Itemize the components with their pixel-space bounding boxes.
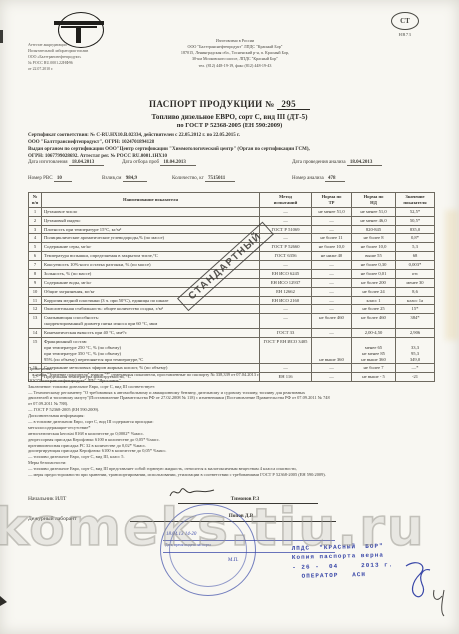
table-row: 1Цетановое число—не менее 51,0не менее 5…: [29, 207, 435, 216]
issue-datetime-line: [163, 540, 335, 541]
table-row: 13Смазывающая способность: скорректирова…: [29, 314, 435, 329]
field-date-made-value: 18.04.2013: [69, 160, 105, 166]
round-seal-stamp: [160, 504, 256, 596]
table-row: 15Фракционный состав: при температуре 25…: [29, 337, 435, 364]
field-level: Взлив,см 984,9: [102, 176, 147, 181]
scan-speck: [0, 596, 7, 606]
field-level-value: 984,9: [123, 176, 147, 182]
scan-tint-artifact: [445, 210, 459, 340]
table-row: 12Окислительная стабильность: общее коли…: [29, 305, 435, 314]
product-standard: по ГОСТ Р 52368-2005 (ЕН 590:2009): [0, 122, 459, 129]
table-row: 4Полициклические ароматические углеводор…: [29, 234, 435, 243]
note-line: — меры предосторожности при хранении, тр…: [28, 472, 436, 478]
field-date-sampled: Дата отбора проб 18.04.2013: [122, 160, 196, 165]
certificate-block: Сертификат соответствия: № C-RU.НХ10.В.0…: [28, 132, 434, 160]
passport-number: 295: [277, 99, 310, 110]
notes-block: Примечание: в графе "Значение показателя…: [28, 366, 436, 478]
column-header: Наименование показателя: [42, 193, 260, 208]
field-quantity-value: 7515011: [205, 176, 235, 182]
issue-datetime: 18.04.13 14-20: [166, 532, 286, 537]
signer-role-1: Начальник ИЛТ: [28, 496, 66, 502]
document-title: ПАСПОРТ ПРОДУКЦИИ № 295: [0, 99, 459, 109]
column-header: Норма по ТР: [312, 193, 352, 208]
table-row: 11Коррозия медной пластинки (3 ч. при 50…: [29, 296, 435, 305]
field-quantity: Количество, кг 7515011: [172, 176, 235, 181]
scanned-passport-document: СТ НВ73 Аттестат аккредитации Испытатель…: [0, 0, 459, 634]
conformity-mark-oval: СТ: [391, 12, 419, 30]
spec-table-header: № п/пНаименование показателяМетод испыта…: [29, 193, 435, 208]
manufacturer-block: Изготовлено в России ООО "Балттранснефте…: [110, 38, 360, 69]
conformity-mark-icon: СТ НВ73: [388, 12, 422, 37]
field-date-analyzed: Дата проведения анализа 18.04.2013: [292, 160, 382, 165]
table-row: 14Кинематическая вязкость при 40 °С, мм²…: [29, 329, 435, 338]
signer-name-1: Тимонов Р.З: [200, 496, 290, 502]
field-analysis-number-value: 478: [325, 176, 346, 182]
table-row: 2Цетановый индекс——не менее 46,050,5*: [29, 216, 435, 225]
spec-table-body: 1Цетановое число—не менее 51,0не менее 5…: [29, 207, 435, 381]
table-row: 10Общие загрязнения, мг/кгЕН 12662—не бо…: [29, 287, 435, 296]
seal-place-label: М.П.: [228, 558, 239, 563]
column-header: Метод испытаний: [260, 193, 312, 208]
operator-signature: [398, 558, 434, 600]
issue-caption: Дата, время выдачи паспорта: [165, 543, 285, 547]
field-tank-number: Номер РВС 10: [28, 176, 72, 181]
field-date-made: Дата изготовления 18.04.2013: [28, 160, 104, 165]
field-date-analyzed-value: 18.04.2013: [347, 160, 383, 166]
field-analysis-number: Номер анализа 478: [292, 176, 345, 181]
column-header: Значение показателя: [396, 193, 435, 208]
product-name: Топливо дизельное ЕВРО, сорт С, вид III …: [0, 113, 459, 121]
field-tank-number-value: 10: [54, 176, 72, 182]
column-header: Норма по НД: [352, 193, 396, 208]
signer-role-2: Дежурный лаборант: [28, 516, 77, 522]
issue-caption-line: [163, 552, 335, 553]
field-date-sampled-value: 18.04.2013: [160, 160, 196, 166]
table-row: 3Плотность при температуре 15°С, кг/м³ГО…: [29, 225, 435, 234]
spec-table: № п/пНаименование показателяМетод испыта…: [28, 192, 435, 382]
column-header: № п/п: [29, 193, 42, 208]
table-row: 9Содержание воды, мг/кгЕН ИСО 12937—не б…: [29, 278, 435, 287]
conformity-mark-code: НВ73: [388, 32, 422, 37]
scan-speck: [0, 30, 3, 43]
